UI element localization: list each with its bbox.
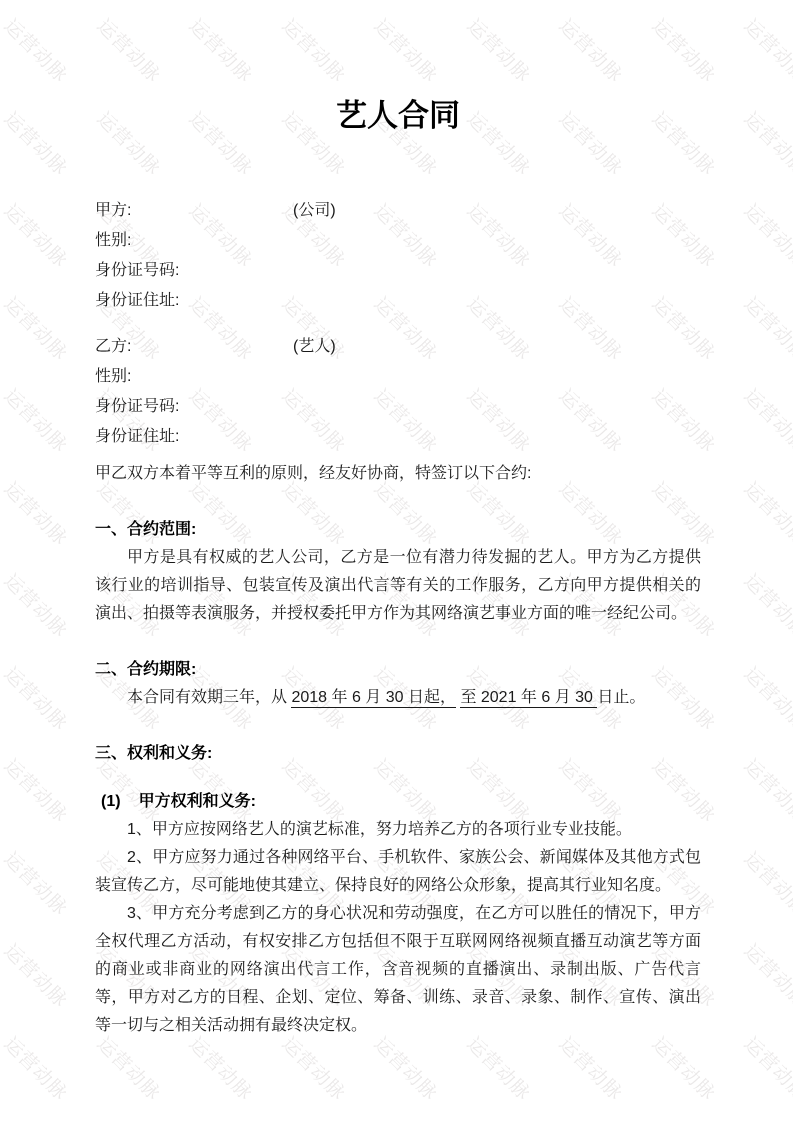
watermark-text: 运营动脉: [739, 567, 793, 643]
watermark-text: 运营动脉: [0, 105, 75, 181]
watermark-text: 运营动脉: [0, 12, 75, 88]
watermark-text: 运营动脉: [739, 290, 793, 366]
watermark-text: 运营动脉: [739, 660, 793, 736]
term-suffix: 日止。: [597, 689, 645, 706]
watermark-text: 运营动脉: [184, 1030, 260, 1106]
document-title: 艺人合同: [95, 96, 701, 136]
watermark-text: 运营动脉: [0, 197, 75, 273]
watermark-text: 运营动脉: [739, 12, 793, 88]
watermark-text: 运营动脉: [739, 752, 793, 828]
watermark-text: 运营动脉: [739, 1030, 793, 1106]
party-a-type: (公司): [293, 196, 336, 226]
contract-page: 运营动脉运营动脉运营动脉运营动脉运营动脉运营动脉运营动脉运营动脉运营动脉运营动脉…: [0, 0, 793, 1122]
party-b-label: 乙方:: [95, 338, 131, 355]
subsection-party-a-rights-heading: (1)甲方权利和义务:: [95, 788, 701, 816]
party-a-name-line: 甲方:(公司): [95, 196, 701, 226]
section-scope-body: 甲方是具有权威的艺人公司，乙方是一位有潜力待发掘的艺人。甲方为乙方提供该行业的培…: [95, 544, 701, 628]
document-content: 艺人合同 甲方:(公司) 性别: 身份证号码: 身份证住址: 乙方:(艺人) 性…: [95, 0, 701, 1040]
watermark-text: 运营动脉: [0, 475, 75, 551]
subsection-title: 甲方权利和义务:: [139, 793, 256, 810]
watermark-text: 运营动脉: [554, 1030, 630, 1106]
party-a-id-address-line: 身份证住址:: [95, 286, 701, 316]
watermark-text: 运营动脉: [461, 1030, 537, 1106]
section-term-body: 本合同有效期三年，从 2018 年 6 月 30 日起， 至 2021 年 6 …: [95, 684, 701, 712]
term-end-date: 至 2021 年 6 月 30: [460, 689, 597, 708]
section-scope-heading: 一、合约范围:: [95, 516, 701, 544]
subsection-number: (1): [101, 793, 121, 810]
party-b-id-address-line: 身份证住址:: [95, 422, 701, 452]
watermark-text: 运营动脉: [0, 660, 75, 736]
watermark-text: 运营动脉: [739, 937, 793, 1013]
watermark-text: 运营动脉: [0, 567, 75, 643]
section-rights-heading: 三、权利和义务:: [95, 740, 701, 768]
party-b-gender-line: 性别:: [95, 362, 701, 392]
party-a-id-number-line: 身份证号码:: [95, 256, 701, 286]
party-a-label: 甲方:: [95, 202, 131, 219]
section-term-heading: 二、合约期限:: [95, 656, 701, 684]
watermark-text: 运营动脉: [91, 1030, 167, 1106]
watermark-text: 运营动脉: [739, 382, 793, 458]
watermark-text: 运营动脉: [739, 845, 793, 921]
rights-item-3: 3、甲方充分考虑到乙方的身心状况和劳动强度，在乙方可以胜任的情况下，甲方全权代理…: [95, 900, 701, 1040]
watermark-text: 运营动脉: [0, 937, 75, 1013]
party-b-name-line: 乙方:(艺人): [95, 332, 701, 362]
watermark-text: 运营动脉: [739, 475, 793, 551]
intro-line: 甲乙双方本着平等互利的原则，经友好协商，特签订以下合约:: [95, 460, 701, 488]
watermark-text: 运营动脉: [0, 382, 75, 458]
term-prefix: 本合同有效期三年，从: [127, 689, 291, 706]
watermark-text: 运营动脉: [0, 752, 75, 828]
party-a-block: 甲方:(公司) 性别: 身份证号码: 身份证住址:: [95, 196, 701, 316]
term-start-date: 2018 年 6 月 30 日起，: [291, 689, 456, 708]
rights-item-2: 2、甲方应努力通过各种网络平台、手机软件、家族公会、新闻媒体及其他方式包装宣传乙…: [95, 844, 701, 900]
party-a-gender-line: 性别:: [95, 226, 701, 256]
watermark-text: 运营动脉: [739, 197, 793, 273]
watermark-text: 运营动脉: [0, 290, 75, 366]
watermark-text: 运营动脉: [369, 1030, 445, 1106]
party-b-type: (艺人): [293, 332, 336, 362]
rights-item-1: 1、甲方应按网络艺人的演艺标准，努力培养乙方的各项行业专业技能。: [95, 816, 701, 844]
watermark-text: 运营动脉: [276, 1030, 352, 1106]
watermark-text: 运营动脉: [0, 1030, 75, 1106]
watermark-text: 运营动脉: [0, 845, 75, 921]
party-b-block: 乙方:(艺人) 性别: 身份证号码: 身份证住址:: [95, 332, 701, 452]
watermark-text: 运营动脉: [646, 1030, 722, 1106]
watermark-text: 运营动脉: [739, 105, 793, 181]
party-b-id-number-line: 身份证号码:: [95, 392, 701, 422]
